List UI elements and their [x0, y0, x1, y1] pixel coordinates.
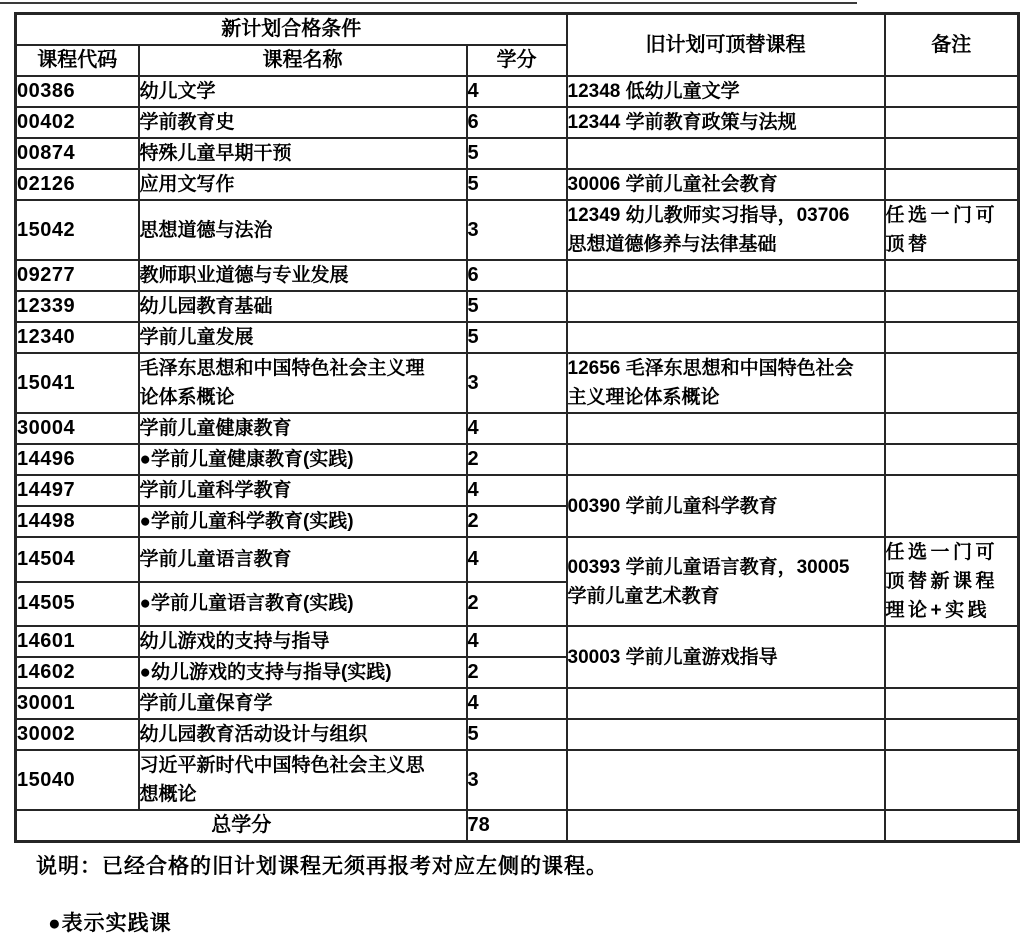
- old-plan-cell: [567, 260, 885, 291]
- table-row: 02126 应用文写作 5 30006 学前儿童社会教育: [16, 169, 1019, 200]
- credits-cell: 2: [467, 444, 567, 475]
- header-course-code: 课程代码: [16, 45, 139, 76]
- old-plan-cell: 30006 学前儿童社会教育: [567, 169, 885, 200]
- total-label-cell: 总学分: [16, 810, 467, 842]
- credits-cell: 3: [467, 353, 567, 413]
- course-name-cell: 学前儿童语言教育: [139, 537, 467, 582]
- note-cell: [885, 107, 1019, 138]
- table-row: 14504 学前儿童语言教育 4 00393 学前儿童语言教育，30005 学前…: [16, 537, 1019, 582]
- credits-cell: 4: [467, 76, 567, 107]
- header-old-plan: 旧计划可顶替课程: [567, 14, 885, 77]
- credits-cell: 4: [467, 688, 567, 719]
- note-cell: [885, 353, 1019, 413]
- course-name-cell: ●学前儿童语言教育(实践): [139, 582, 467, 627]
- course-code-cell: 12339: [16, 291, 139, 322]
- credits-cell: 3: [467, 200, 567, 260]
- credits-cell: 5: [467, 322, 567, 353]
- course-name-cell: 幼儿文学: [139, 76, 467, 107]
- note-cell: 任选一门可 顶替新课程 理论+实践: [885, 537, 1019, 626]
- table-row: 00386 幼儿文学 4 12348 低幼儿童文学: [16, 76, 1019, 107]
- note-cell: [885, 750, 1019, 810]
- credits-cell: 5: [467, 291, 567, 322]
- course-name-cell: 学前儿童发展: [139, 322, 467, 353]
- explanation-text: 说明：已经合格的旧计划课程无须再报考对应左侧的课程。: [36, 850, 608, 880]
- header-new-plan-group: 新计划合格条件: [16, 14, 567, 46]
- credits-cell: 6: [467, 107, 567, 138]
- credits-cell: 6: [467, 260, 567, 291]
- old-plan-cell: [567, 810, 885, 842]
- table-row: 00874 特殊儿童早期干预 5: [16, 138, 1019, 169]
- course-name-cell: 幼儿游戏的支持与指导: [139, 626, 467, 657]
- course-name-cell: 应用文写作: [139, 169, 467, 200]
- header-note: 备注: [885, 14, 1019, 77]
- table-row: 30001 学前儿童保育学 4: [16, 688, 1019, 719]
- old-plan-cell: 00393 学前儿童语言教育，30005 学前儿童艺术教育: [567, 537, 885, 626]
- old-plan-cell: [567, 688, 885, 719]
- course-name-cell: 学前儿童科学教育: [139, 475, 467, 506]
- header-credits: 学分: [467, 45, 567, 76]
- old-plan-cell: 30003 学前儿童游戏指导: [567, 626, 885, 688]
- old-plan-cell: [567, 719, 885, 750]
- note-cell: [885, 444, 1019, 475]
- credits-cell: 2: [467, 506, 567, 537]
- note-cell: [885, 413, 1019, 444]
- table-row: 30002 幼儿园教育活动设计与组织 5: [16, 719, 1019, 750]
- course-code-cell: 12340: [16, 322, 139, 353]
- course-name-cell: 学前儿童保育学: [139, 688, 467, 719]
- course-name-cell: 思想道德与法治: [139, 200, 467, 260]
- table-row: 15042 思想道德与法治 3 12349 幼儿教师实习指导，03706 思想道…: [16, 200, 1019, 260]
- credits-cell: 2: [467, 582, 567, 627]
- course-code-cell: 00402: [16, 107, 139, 138]
- credits-cell: 3: [467, 750, 567, 810]
- course-code-cell: 14498: [16, 506, 139, 537]
- credits-cell: 4: [467, 475, 567, 506]
- credits-cell: 5: [467, 169, 567, 200]
- note-cell: [885, 76, 1019, 107]
- course-code-cell: 15040: [16, 750, 139, 810]
- course-name-cell: 特殊儿童早期干预: [139, 138, 467, 169]
- header-row-group: 新计划合格条件 旧计划可顶替课程 备注: [16, 14, 1019, 46]
- old-plan-cell: 12656 毛泽东思想和中国特色社会 主义理论体系概论: [567, 353, 885, 413]
- note-cell: [885, 626, 1019, 688]
- old-plan-cell: 00390 学前儿童科学教育: [567, 475, 885, 537]
- table-row: 00402 学前教育史 6 12344 学前教育政策与法规: [16, 107, 1019, 138]
- table-row: 15041 毛泽东思想和中国特色社会主义理 论体系概论 3 12656 毛泽东思…: [16, 353, 1019, 413]
- old-plan-cell: [567, 138, 885, 169]
- practice-course-legend: ●表示实践课: [48, 907, 172, 937]
- course-replacement-table: 新计划合格条件 旧计划可顶替课程 备注 课程代码 课程名称 学分 00386 幼…: [14, 12, 1020, 843]
- course-name-cell: ●幼儿游戏的支持与指导(实践): [139, 657, 467, 688]
- note-cell: [885, 260, 1019, 291]
- credits-cell: 2: [467, 657, 567, 688]
- credits-cell: 5: [467, 138, 567, 169]
- note-cell: [885, 475, 1019, 537]
- note-cell: [885, 169, 1019, 200]
- note-cell: 任选一门可 顶替: [885, 200, 1019, 260]
- table-row: 15040 习近平新时代中国特色社会主义思 想概论 3: [16, 750, 1019, 810]
- old-plan-cell: [567, 413, 885, 444]
- table-row: 14497 学前儿童科学教育 4 00390 学前儿童科学教育: [16, 475, 1019, 506]
- table-row: 09277 教师职业道德与专业发展 6: [16, 260, 1019, 291]
- course-code-cell: 30001: [16, 688, 139, 719]
- table-body: 00386 幼儿文学 4 12348 低幼儿童文学 00402 学前教育史 6 …: [16, 76, 1019, 842]
- note-cell: [885, 810, 1019, 842]
- note-cell: [885, 688, 1019, 719]
- old-plan-cell: 12349 幼儿教师实习指导，03706 思想道德修养与法律基础: [567, 200, 885, 260]
- course-code-cell: 14496: [16, 444, 139, 475]
- credits-cell: 4: [467, 413, 567, 444]
- course-code-cell: 15041: [16, 353, 139, 413]
- total-credits-cell: 78: [467, 810, 567, 842]
- note-cell: [885, 719, 1019, 750]
- page-crop-line: [0, 2, 857, 4]
- course-code-cell: 14505: [16, 582, 139, 627]
- course-name-cell: 习近平新时代中国特色社会主义思 想概论: [139, 750, 467, 810]
- course-code-cell: 14504: [16, 537, 139, 582]
- course-name-cell: ●学前儿童健康教育(实践): [139, 444, 467, 475]
- header-course-name: 课程名称: [139, 45, 467, 76]
- course-name-cell: 学前儿童健康教育: [139, 413, 467, 444]
- note-cell: [885, 291, 1019, 322]
- course-code-cell: 30002: [16, 719, 139, 750]
- old-plan-cell: [567, 750, 885, 810]
- document-page: 新计划合格条件 旧计划可顶替课程 备注 课程代码 课程名称 学分 00386 幼…: [0, 0, 1023, 942]
- course-code-cell: 02126: [16, 169, 139, 200]
- table-row: 14601 幼儿游戏的支持与指导 4 30003 学前儿童游戏指导: [16, 626, 1019, 657]
- course-code-cell: 14602: [16, 657, 139, 688]
- course-code-cell: 30004: [16, 413, 139, 444]
- total-row: 总学分 78: [16, 810, 1019, 842]
- course-name-cell: 幼儿园教育活动设计与组织: [139, 719, 467, 750]
- course-name-cell: ●学前儿童科学教育(实践): [139, 506, 467, 537]
- course-name-cell: 教师职业道德与专业发展: [139, 260, 467, 291]
- table-row: 12339 幼儿园教育基础 5: [16, 291, 1019, 322]
- note-cell: [885, 322, 1019, 353]
- credits-cell: 5: [467, 719, 567, 750]
- old-plan-cell: 12348 低幼儿童文学: [567, 76, 885, 107]
- table-row: 14496 ●学前儿童健康教育(实践) 2: [16, 444, 1019, 475]
- course-code-cell: 15042: [16, 200, 139, 260]
- course-code-cell: 14497: [16, 475, 139, 506]
- table-row: 12340 学前儿童发展 5: [16, 322, 1019, 353]
- course-name-cell: 学前教育史: [139, 107, 467, 138]
- note-cell: [885, 138, 1019, 169]
- table-header: 新计划合格条件 旧计划可顶替课程 备注 课程代码 课程名称 学分: [16, 14, 1019, 77]
- old-plan-cell: [567, 291, 885, 322]
- course-code-cell: 14601: [16, 626, 139, 657]
- credits-cell: 4: [467, 626, 567, 657]
- course-name-cell: 幼儿园教育基础: [139, 291, 467, 322]
- course-code-cell: 00874: [16, 138, 139, 169]
- old-plan-cell: [567, 322, 885, 353]
- old-plan-cell: [567, 444, 885, 475]
- credits-cell: 4: [467, 537, 567, 582]
- course-name-cell: 毛泽东思想和中国特色社会主义理 论体系概论: [139, 353, 467, 413]
- course-code-cell: 09277: [16, 260, 139, 291]
- old-plan-cell: 12344 学前教育政策与法规: [567, 107, 885, 138]
- course-code-cell: 00386: [16, 76, 139, 107]
- table-row: 30004 学前儿童健康教育 4: [16, 413, 1019, 444]
